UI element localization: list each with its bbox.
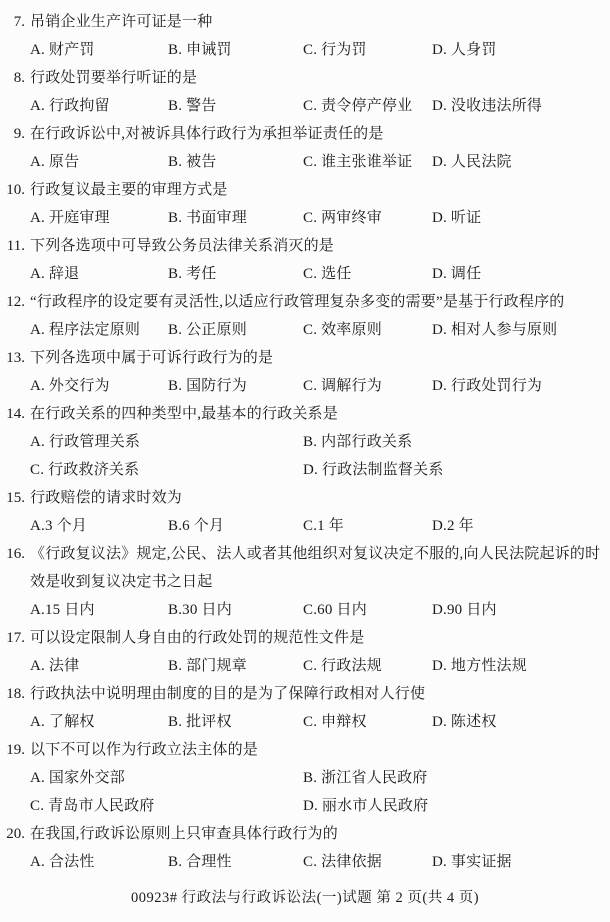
question-number: 7.: [0, 8, 25, 36]
option-row: A. 财产罚B. 申诫罚C. 行为罚D. 人身罚: [0, 36, 610, 64]
option-c: C.60 日内: [303, 596, 367, 624]
option-c: C. 效率原则: [303, 316, 382, 344]
question-stem: 20.在我国,行政诉讼原则上只审查具体行政行为的: [0, 820, 610, 848]
option-c: C. 谁主张谁举证: [303, 148, 412, 176]
option-d: D.2 年: [432, 512, 474, 540]
option-row: A. 法律B. 部门规章C. 行政法规D. 地方性法规: [0, 652, 610, 680]
question-text: 下列各选项中可导致公务员法律关系消灭的是: [30, 238, 334, 254]
option-d: D.90 日内: [432, 596, 497, 624]
question-text: 在行政诉讼中,对被诉具体行政行为承担举证责任的是: [30, 126, 384, 142]
option-b: B. 部门规章: [168, 652, 247, 680]
option-c: C. 申辩权: [303, 708, 367, 736]
option-a: A.15 日内: [30, 596, 95, 624]
option-c: C. 行政法规: [303, 652, 382, 680]
question-text: 在我国,行政诉讼原则上只审查具体行政行为的: [30, 826, 338, 842]
question-stem: 9.在行政诉讼中,对被诉具体行政行为承担举证责任的是: [0, 120, 610, 148]
option-d: D. 事实证据: [432, 848, 512, 876]
question-10: 10.行政复议最主要的审理方式是A. 开庭审理B. 书面审理C. 两审终审D. …: [0, 176, 610, 232]
option-a: A. 原告: [30, 148, 79, 176]
question-text: 可以设定限制人身自由的行政处罚的规范性文件是: [30, 630, 364, 646]
question-stem: 13.下列各选项中属于可诉行政行为的是: [0, 344, 610, 372]
option-d: D. 听证: [432, 204, 481, 232]
option-b: B. 警告: [168, 92, 217, 120]
question-9: 9.在行政诉讼中,对被诉具体行政行为承担举证责任的是A. 原告B. 被告C. 谁…: [0, 120, 610, 176]
option-d: D. 行政处罚行为: [432, 372, 542, 400]
option-d: D. 丽水市人民政府: [303, 792, 428, 820]
question-stem: 7.吊销企业生产许可证是一种: [0, 8, 610, 36]
option-a: A. 财产罚: [30, 36, 95, 64]
question-text: 以下不可以作为行政立法主体的是: [30, 742, 258, 758]
question-stem: 8.行政处罚要举行听证的是: [0, 64, 610, 92]
question-number: 9.: [0, 120, 25, 148]
question-text: “行政程序的设定要有灵活性,以适应行政管理复杂多变的需要”是基于行政程序的: [30, 294, 564, 310]
option-a: A. 了解权: [30, 708, 95, 736]
question-16: 16.《行政复议法》规定,公民、法人或者其他组织对复议决定不服的,向人民法院起诉…: [0, 540, 610, 624]
option-row: A. 国家外交部B. 浙江省人民政府C. 青岛市人民政府D. 丽水市人民政府: [0, 764, 610, 820]
option-b: B. 批评权: [168, 708, 232, 736]
question-number: 17.: [0, 624, 25, 652]
question-stem: 17.可以设定限制人身自由的行政处罚的规范性文件是: [0, 624, 610, 652]
question-8: 8.行政处罚要举行听证的是A. 行政拘留B. 警告C. 责令停产停业D. 没收违…: [0, 64, 610, 120]
question-number: 11.: [0, 232, 25, 260]
question-11: 11.下列各选项中可导致公务员法律关系消灭的是A. 辞退B. 考任C. 选任D.…: [0, 232, 610, 288]
option-c: C. 青岛市人民政府: [30, 792, 155, 820]
question-text: 下列各选项中属于可诉行政行为的是: [30, 350, 273, 366]
option-a: A. 合法性: [30, 848, 95, 876]
option-row: A. 合法性B. 合理性C. 法律依据D. 事实证据: [0, 848, 610, 876]
question-12: 12.“行政程序的设定要有灵活性,以适应行政管理复杂多变的需要”是基于行政程序的…: [0, 288, 610, 344]
option-d: D. 人民法院: [432, 148, 512, 176]
option-row: A. 了解权B. 批评权C. 申辩权D. 陈述权: [0, 708, 610, 736]
option-c: C. 法律依据: [303, 848, 382, 876]
option-b: B.6 个月: [168, 512, 224, 540]
option-c: C. 行为罚: [303, 36, 367, 64]
exam-page: 7.吊销企业生产许可证是一种A. 财产罚B. 申诫罚C. 行为罚D. 人身罚8.…: [0, 0, 610, 922]
option-d: D. 没收违法所得: [432, 92, 542, 120]
option-a: A. 行政拘留: [30, 92, 110, 120]
option-row: A. 辞退B. 考任C. 选任D. 调任: [0, 260, 610, 288]
question-number: 20.: [0, 820, 25, 848]
option-b: B. 合理性: [168, 848, 232, 876]
option-row: A. 原告B. 被告C. 谁主张谁举证D. 人民法院: [0, 148, 610, 176]
question-number: 12.: [0, 288, 25, 316]
question-13: 13.下列各选项中属于可诉行政行为的是A. 外交行为B. 国防行为C. 调解行为…: [0, 344, 610, 400]
option-row: A. 外交行为B. 国防行为C. 调解行为D. 行政处罚行为: [0, 372, 610, 400]
question-text: 在行政关系的四种类型中,最基本的行政关系是: [30, 406, 338, 422]
question-stem: 10.行政复议最主要的审理方式是: [0, 176, 610, 204]
question-20: 20.在我国,行政诉讼原则上只审查具体行政行为的A. 合法性B. 合理性C. 法…: [0, 820, 610, 876]
question-number: 8.: [0, 64, 25, 92]
option-c: C. 行政救济关系: [30, 456, 139, 484]
option-row: A. 行政管理关系B. 内部行政关系C. 行政救济关系D. 行政法制监督关系: [0, 428, 610, 484]
question-stem: 15.行政赔偿的请求时效为: [0, 484, 610, 512]
option-d: D. 地方性法规: [432, 652, 527, 680]
question-text: 行政赔偿的请求时效为: [30, 490, 182, 506]
question-text: 《行政复议法》规定,公民、法人或者其他组织对复议决定不服的,向人民法院起诉的时效…: [30, 546, 600, 590]
question-number: 13.: [0, 344, 25, 372]
question-text: 吊销企业生产许可证是一种: [30, 14, 212, 30]
question-text: 行政处罚要举行听证的是: [30, 70, 197, 86]
option-a: A. 行政管理关系: [30, 428, 140, 456]
option-d: D. 人身罚: [432, 36, 497, 64]
question-17: 17.可以设定限制人身自由的行政处罚的规范性文件是A. 法律B. 部门规章C. …: [0, 624, 610, 680]
question-stem: 18.行政执法中说明理由制度的目的是为了保障行政相对人行使: [0, 680, 610, 708]
option-b: B. 考任: [168, 260, 217, 288]
option-d: D. 行政法制监督关系: [303, 456, 444, 484]
option-c: C. 选任: [303, 260, 352, 288]
question-stem: 11.下列各选项中可导致公务员法律关系消灭的是: [0, 232, 610, 260]
option-b: B. 浙江省人民政府: [303, 764, 428, 792]
option-a: A. 开庭审理: [30, 204, 110, 232]
option-b: B. 内部行政关系: [303, 428, 412, 456]
option-b: B. 国防行为: [168, 372, 247, 400]
question-text: 行政复议最主要的审理方式是: [30, 182, 228, 198]
question-stem: 14.在行政关系的四种类型中,最基本的行政关系是: [0, 400, 610, 428]
question-number: 19.: [0, 736, 25, 764]
option-a: A. 国家外交部: [30, 764, 125, 792]
option-b: B. 被告: [168, 148, 217, 176]
question-14: 14.在行政关系的四种类型中,最基本的行政关系是A. 行政管理关系B. 内部行政…: [0, 400, 610, 484]
question-number: 16.: [0, 540, 25, 568]
option-b: B. 公正原则: [168, 316, 247, 344]
option-c: C. 调解行为: [303, 372, 382, 400]
option-b: B. 书面审理: [168, 204, 247, 232]
option-a: A. 程序法定原则: [30, 316, 140, 344]
question-number: 18.: [0, 680, 25, 708]
question-stem: 16.《行政复议法》规定,公民、法人或者其他组织对复议决定不服的,向人民法院起诉…: [0, 540, 610, 596]
page-footer: 00923# 行政法与行政诉讼法(一)试题 第 2 页(共 4 页): [0, 886, 610, 907]
option-b: B.30 日内: [168, 596, 232, 624]
option-c: C. 责令停产停业: [303, 92, 412, 120]
question-list: 7.吊销企业生产许可证是一种A. 财产罚B. 申诫罚C. 行为罚D. 人身罚8.…: [0, 8, 610, 876]
question-19: 19.以下不可以作为行政立法主体的是A. 国家外交部B. 浙江省人民政府C. 青…: [0, 736, 610, 820]
question-number: 14.: [0, 400, 25, 428]
option-a: A. 外交行为: [30, 372, 110, 400]
question-number: 15.: [0, 484, 25, 512]
option-a: A. 法律: [30, 652, 79, 680]
question-number: 10.: [0, 176, 25, 204]
option-row: A. 程序法定原则B. 公正原则C. 效率原则D. 相对人参与原则: [0, 316, 610, 344]
option-c: C. 两审终审: [303, 204, 382, 232]
question-text: 行政执法中说明理由制度的目的是为了保障行政相对人行使: [30, 686, 425, 702]
question-15: 15.行政赔偿的请求时效为A.3 个月B.6 个月C.1 年D.2 年: [0, 484, 610, 540]
option-row: A.3 个月B.6 个月C.1 年D.2 年: [0, 512, 610, 540]
option-b: B. 申诫罚: [168, 36, 232, 64]
option-row: A. 开庭审理B. 书面审理C. 两审终审D. 听证: [0, 204, 610, 232]
option-a: A. 辞退: [30, 260, 79, 288]
option-d: D. 调任: [432, 260, 481, 288]
option-d: D. 陈述权: [432, 708, 497, 736]
question-stem: 19.以下不可以作为行政立法主体的是: [0, 736, 610, 764]
option-d: D. 相对人参与原则: [432, 316, 557, 344]
option-c: C.1 年: [303, 512, 344, 540]
option-row: A. 行政拘留B. 警告C. 责令停产停业D. 没收违法所得: [0, 92, 610, 120]
question-18: 18.行政执法中说明理由制度的目的是为了保障行政相对人行使A. 了解权B. 批评…: [0, 680, 610, 736]
question-stem: 12.“行政程序的设定要有灵活性,以适应行政管理复杂多变的需要”是基于行政程序的: [0, 288, 610, 316]
question-7: 7.吊销企业生产许可证是一种A. 财产罚B. 申诫罚C. 行为罚D. 人身罚: [0, 8, 610, 64]
option-a: A.3 个月: [30, 512, 87, 540]
option-row: A.15 日内B.30 日内C.60 日内D.90 日内: [0, 596, 610, 624]
